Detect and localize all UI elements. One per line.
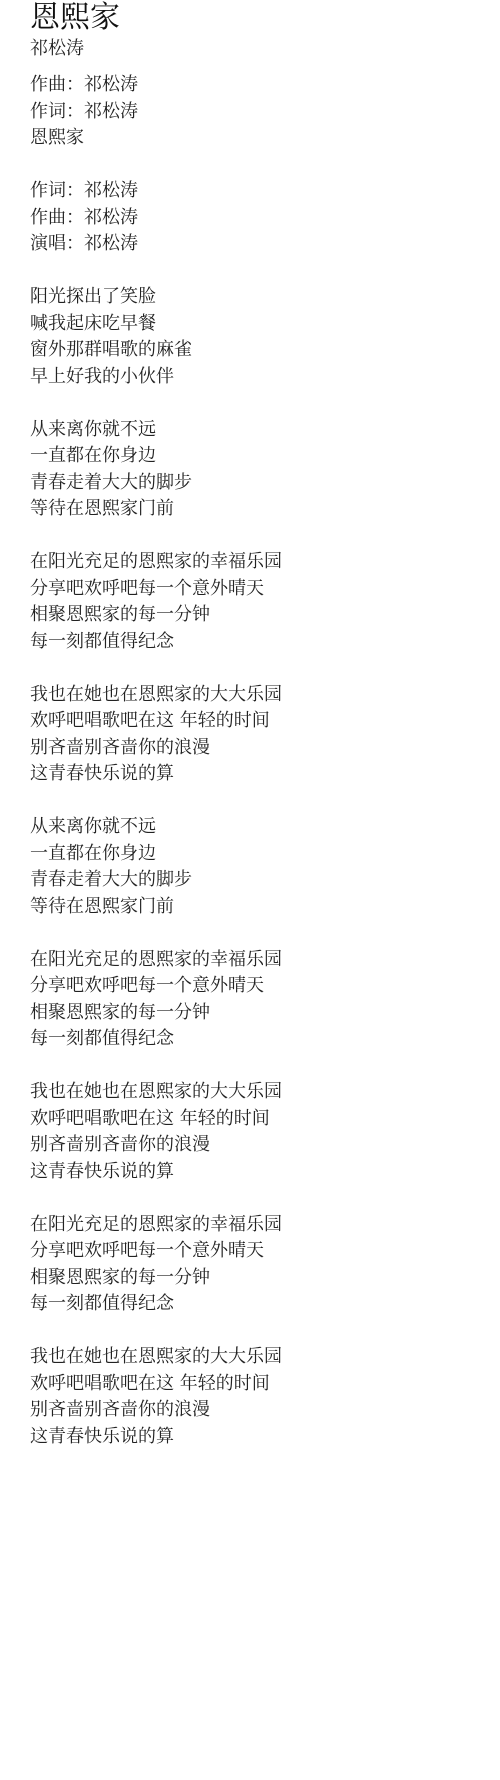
song-title: 恩熙家 <box>30 0 500 36</box>
lyric-line: 窗外那群唱歌的麻雀 <box>30 337 500 364</box>
lyric-line: 我也在她也在恩熙家的大大乐园 <box>30 682 500 709</box>
lyric-line: 每一刻都值得纪念 <box>30 1291 500 1318</box>
lyric-line: 相聚恩熙家的每一分钟 <box>30 602 500 629</box>
lyric-line: 在阳光充足的恩熙家的幸福乐园 <box>30 549 500 576</box>
lyric-blank-line <box>30 920 500 947</box>
lyric-line: 恩熙家 <box>30 125 500 152</box>
lyric-line: 欢呼吧唱歌吧在这 年轻的时间 <box>30 1106 500 1133</box>
lyric-line: 别吝啬别吝啬你的浪漫 <box>30 1397 500 1424</box>
lyric-blank-line <box>30 1185 500 1212</box>
lyric-line: 作曲：祁松涛 <box>30 72 500 99</box>
lyric-line: 这青春快乐说的算 <box>30 1424 500 1451</box>
lyric-blank-line <box>30 1053 500 1080</box>
lyric-blank-line <box>30 788 500 815</box>
lyric-blank-line <box>30 258 500 285</box>
lyric-line: 分享吧欢呼吧每一个意外晴天 <box>30 576 500 603</box>
lyric-line: 这青春快乐说的算 <box>30 761 500 788</box>
song-artist: 祁松涛 <box>30 36 500 62</box>
lyric-line: 等待在恩熙家门前 <box>30 496 500 523</box>
lyric-line: 分享吧欢呼吧每一个意外晴天 <box>30 973 500 1000</box>
lyric-line: 别吝啬别吝啬你的浪漫 <box>30 1132 500 1159</box>
lyric-line: 相聚恩熙家的每一分钟 <box>30 1265 500 1292</box>
lyric-line: 等待在恩熙家门前 <box>30 894 500 921</box>
lyric-line: 我也在她也在恩熙家的大大乐园 <box>30 1344 500 1371</box>
lyric-line: 青春走着大大的脚步 <box>30 867 500 894</box>
lyric-line: 这青春快乐说的算 <box>30 1159 500 1186</box>
lyrics-page: 恩熙家 祁松涛 作曲：祁松涛作词：祁松涛恩熙家作词：祁松涛作曲：祁松涛演唱：祁松… <box>0 0 500 1450</box>
lyric-line: 每一刻都值得纪念 <box>30 629 500 656</box>
lyric-line: 喊我起床吃早餐 <box>30 311 500 338</box>
lyric-line: 在阳光充足的恩熙家的幸福乐园 <box>30 1212 500 1239</box>
lyric-line: 演唱：祁松涛 <box>30 231 500 258</box>
lyric-line: 作词：祁松涛 <box>30 178 500 205</box>
lyric-blank-line <box>30 655 500 682</box>
lyric-blank-line <box>30 1318 500 1345</box>
lyric-line: 从来离你就不远 <box>30 417 500 444</box>
lyric-line: 欢呼吧唱歌吧在这 年轻的时间 <box>30 708 500 735</box>
lyric-line: 我也在她也在恩熙家的大大乐园 <box>30 1079 500 1106</box>
lyric-blank-line <box>30 152 500 179</box>
lyric-blank-line <box>30 390 500 417</box>
lyric-line: 分享吧欢呼吧每一个意外晴天 <box>30 1238 500 1265</box>
lyric-line: 一直都在你身边 <box>30 841 500 868</box>
lyric-line: 阳光探出了笑脸 <box>30 284 500 311</box>
lyric-line: 相聚恩熙家的每一分钟 <box>30 1000 500 1027</box>
lyric-line: 每一刻都值得纪念 <box>30 1026 500 1053</box>
lyric-line: 早上好我的小伙伴 <box>30 364 500 391</box>
lyric-blank-line <box>30 523 500 550</box>
lyrics-body: 作曲：祁松涛作词：祁松涛恩熙家作词：祁松涛作曲：祁松涛演唱：祁松涛阳光探出了笑脸… <box>30 72 500 1450</box>
lyric-line: 从来离你就不远 <box>30 814 500 841</box>
lyric-line: 作词：祁松涛 <box>30 99 500 126</box>
lyric-line: 青春走着大大的脚步 <box>30 470 500 497</box>
lyric-line: 作曲：祁松涛 <box>30 205 500 232</box>
lyric-line: 欢呼吧唱歌吧在这 年轻的时间 <box>30 1371 500 1398</box>
lyric-line: 别吝啬别吝啬你的浪漫 <box>30 735 500 762</box>
lyric-line: 一直都在你身边 <box>30 443 500 470</box>
lyric-line: 在阳光充足的恩熙家的幸福乐园 <box>30 947 500 974</box>
